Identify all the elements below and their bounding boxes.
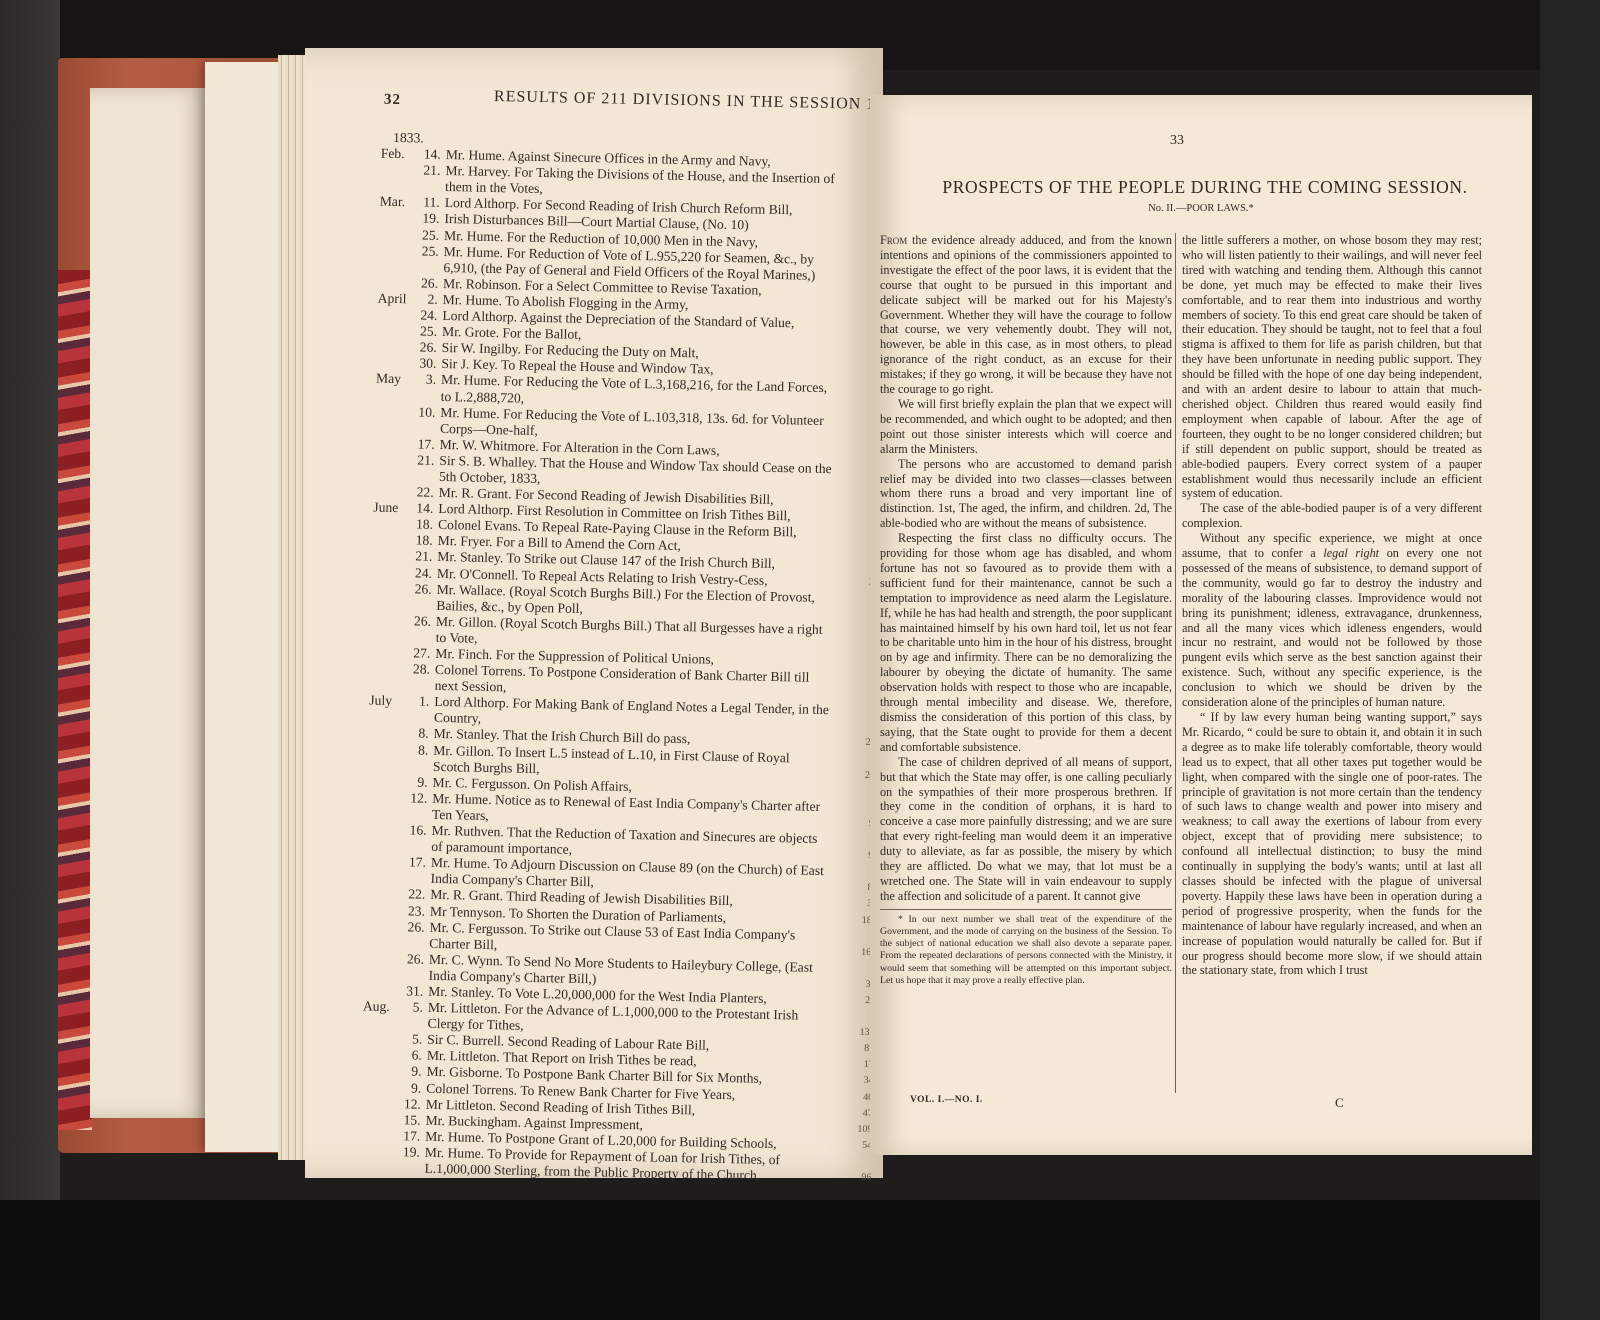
- entry-day: 26.: [402, 919, 430, 952]
- text-column-right: the little sufferers a mother, on whose …: [1182, 233, 1482, 978]
- entry-mover: Mr. Harvey.: [445, 163, 510, 179]
- paragraph: We will first briefly explain the plan t…: [880, 397, 1172, 457]
- entry-mover: Mr. Littleton.: [427, 1048, 500, 1065]
- entry-day: 9.: [405, 774, 432, 791]
- paragraph: Without any specific experience, we migh…: [1182, 531, 1482, 710]
- entry-month: [372, 564, 410, 581]
- entry-day: 19.: [417, 211, 444, 228]
- entry-month: [363, 950, 402, 983]
- entry-day: 17.: [403, 854, 431, 887]
- entry-mover: Mr. Stanley.: [437, 549, 503, 565]
- entry-month: [370, 645, 408, 662]
- entry-day: 18.: [411, 533, 438, 550]
- entry-month: [366, 821, 405, 854]
- entry-day: 26.: [409, 613, 437, 646]
- left-page: 32 RESULTS OF 211 DIVISIONS IN THE SESSI…: [305, 48, 883, 1178]
- entry-mover: Mr. Grote.: [442, 324, 499, 340]
- entry-month: [374, 484, 412, 501]
- entry-day: 12.: [405, 790, 433, 823]
- entry-mover: Mr. Hume.: [431, 855, 491, 871]
- entry-month: [360, 1127, 398, 1144]
- entry-mover: Mr. Hume.: [446, 147, 506, 163]
- entry-day: 10.: [413, 404, 441, 437]
- endpaper: [90, 88, 210, 1118]
- entry-day: 12.: [399, 1096, 426, 1113]
- entry-day: 18.: [411, 517, 438, 534]
- entry-mover: Mr. Hume.: [432, 791, 492, 807]
- entry-month: [363, 982, 401, 999]
- entry-day: 26.: [401, 951, 429, 984]
- entry-day: 6.: [400, 1048, 427, 1065]
- entry-mover: Mr. Hume.: [444, 244, 504, 260]
- entry-mover: Mr. C. Fergusson.: [429, 919, 527, 936]
- footnote-rule: [880, 909, 1172, 910]
- entry-mover: Colonel Torrens.: [426, 1080, 517, 1097]
- paragraph: The case of children deprived of all mea…: [880, 755, 1172, 904]
- entry-month: [371, 612, 410, 645]
- footnote: * In our next number we shall treat of t…: [880, 914, 1172, 987]
- drop-word: From: [880, 233, 907, 247]
- flyleaf: [205, 62, 285, 1152]
- background-surface-left: [0, 0, 60, 1320]
- emphasis: legal right: [1323, 546, 1379, 560]
- entry-day: 2.: [416, 291, 443, 308]
- paragraph: The case of the able-bodied pauper is of…: [1182, 501, 1482, 531]
- entry-mover: Mr. Hume.: [443, 292, 503, 308]
- entry-mover: Mr. Gillon.: [433, 742, 494, 758]
- entry-month: [373, 532, 411, 549]
- entry-month: [361, 1063, 399, 1080]
- entry-month: [362, 1031, 400, 1048]
- entry-mover: Mr. C. Wynn.: [429, 952, 503, 969]
- entry-votes: 54: [846, 1137, 872, 1154]
- entry-day: 17.: [398, 1128, 425, 1145]
- entry-day: 26.: [415, 340, 442, 357]
- text-column-left: From the evidence already adduced, and f…: [880, 233, 1172, 987]
- paragraph: From the evidence already adduced, and f…: [880, 233, 1172, 397]
- entry-month: [379, 210, 417, 227]
- entry-day: 3.: [414, 372, 442, 405]
- entry-month: [365, 854, 404, 887]
- entry-mover: Sir C. Burrell.: [427, 1032, 504, 1049]
- entry-mover: Lord Althorp.: [438, 501, 513, 518]
- entry-month: [367, 789, 406, 822]
- entry-day: 22.: [403, 887, 430, 904]
- entry-mover: Lord Althorp.: [445, 195, 520, 212]
- entry-day: 28.: [408, 661, 436, 694]
- entry-day: 14.: [411, 500, 438, 517]
- entry-day: 25.: [416, 243, 444, 276]
- entry-motion: Against Impressment,: [524, 1115, 644, 1132]
- entry-mover: Mr. C. Fergusson.: [432, 775, 530, 792]
- entry-text: Mr. Hume. To Provide for Repayment of Lo…: [424, 1145, 820, 1185]
- entry-month: July: [369, 693, 408, 726]
- running-head: 32 RESULTS OF 211 DIVISIONS IN THE SESSI…: [384, 86, 884, 96]
- entry-month: June: [373, 500, 411, 517]
- entry-mover: Colonel Evans.: [438, 517, 521, 534]
- entry-day: 23.: [403, 903, 430, 920]
- entry-month: [378, 274, 416, 291]
- signature-line: VOL. I.—NO. I.: [910, 1095, 983, 1105]
- entry-day: 22.: [412, 484, 439, 501]
- entry-month: [359, 1143, 398, 1176]
- entry-mover: Mr. Stanley.: [434, 726, 500, 742]
- entry-month: [360, 1111, 398, 1128]
- entry-mover: Mr. Robinson.: [443, 276, 521, 293]
- entry-day: 26.: [416, 275, 443, 292]
- entry-mover: Mr. O'Connell.: [437, 565, 519, 582]
- entry-mover: Mr. W. Whitmore.: [440, 437, 539, 454]
- right-page: 33 PROSPECTS OF THE PEOPLE DURING THE CO…: [870, 95, 1532, 1155]
- entry-month: [376, 355, 414, 372]
- entry-mover: Mr. Hume.: [440, 405, 500, 421]
- entry-month: [364, 918, 403, 951]
- entry-month: [368, 725, 406, 742]
- entry-mover: Sir S. B. Whalley.: [439, 453, 537, 470]
- entry-mover: Mr. Hume.: [444, 228, 504, 244]
- entry-votes: 96: [845, 1170, 871, 1187]
- entry-day: 9.: [399, 1080, 426, 1097]
- entry-day: 24.: [415, 307, 442, 324]
- entry-day: 31.: [401, 983, 428, 1000]
- entry-month: [372, 548, 410, 565]
- entry-day: 21.: [412, 452, 440, 485]
- entry-month: [374, 451, 413, 484]
- marbled-board: [58, 270, 92, 1130]
- entry-mover: Mr. Gisborne.: [426, 1064, 502, 1081]
- entry-mover: Mr. Hume.: [425, 1145, 485, 1161]
- entry-mover: Mr. Hume.: [425, 1129, 485, 1145]
- entry-day: 24.: [410, 565, 437, 582]
- entry-mover: Mr. Littleton.: [428, 1000, 501, 1017]
- paragraph: “ If by law every human being wanting su…: [1182, 710, 1482, 978]
- entry-mover: Lord Althorp.: [442, 308, 517, 325]
- entry-day: 8.: [406, 726, 433, 743]
- entry-day: 19.: [397, 1144, 425, 1177]
- entry-day: 21.: [418, 163, 446, 196]
- entry-day: 25.: [415, 323, 442, 340]
- paragraph: the little sufferers a mother, on whose …: [1182, 233, 1482, 501]
- entry-day: 27.: [408, 645, 435, 662]
- background-surface-right: [1540, 0, 1600, 1320]
- entry-mover: Mr. Ruthven.: [431, 823, 503, 840]
- entry-month: [379, 226, 417, 243]
- entry-month: [375, 435, 413, 452]
- entry-month: [365, 886, 403, 903]
- entry-month: [367, 773, 405, 790]
- entry-day: 9.: [399, 1064, 426, 1081]
- entry-month: Aug.: [362, 998, 401, 1031]
- entry-month: [377, 339, 415, 356]
- entry-month: [373, 516, 411, 533]
- entry-month: Feb.: [381, 146, 419, 163]
- background-surface-bottom: [0, 1200, 1600, 1320]
- page-number: 32: [384, 92, 401, 109]
- divisions-list: 1833. Feb.14.Mr. Hume. Against Sinecure …: [359, 130, 841, 1185]
- entry-month: [375, 403, 414, 436]
- entry-mover: Sir J. Key.: [441, 356, 498, 372]
- entry-mover: Mr. R. Grant.: [430, 887, 503, 904]
- entry-mover: Mr. Hume.: [441, 372, 501, 388]
- entry-motion: To Adjourn Discussion on Clause 89 (on t…: [430, 856, 824, 889]
- entry-day: 5.: [400, 1031, 427, 1048]
- entry-mover: Sir W. Ingilby.: [442, 340, 521, 357]
- entry-mover: Mr. Buckingham.: [425, 1112, 521, 1129]
- entry-day: 11.: [418, 195, 445, 212]
- paragraph: The persons who are accustomed to demand…: [880, 457, 1172, 532]
- entry-day: 1.: [407, 694, 435, 727]
- entry-mover: Mr. Finch.: [435, 646, 492, 662]
- entry-mover: Mr Littleton.: [426, 1096, 497, 1112]
- entry-mover: Mr. Fryer.: [438, 533, 493, 549]
- entry-month: [365, 902, 403, 919]
- entry-month: [377, 323, 415, 340]
- entry-month: [370, 661, 409, 694]
- entry-month: May: [376, 371, 415, 404]
- entry-month: [368, 741, 407, 774]
- running-head-title: RESULTS OF 211 DIVISIONS IN THE SESSION …: [494, 88, 908, 115]
- entry-day: 16.: [404, 822, 432, 855]
- paragraph: Respecting the first class no difficulty…: [880, 531, 1172, 755]
- entry-month: Mar.: [380, 194, 418, 211]
- entry-day: 5.: [400, 999, 428, 1032]
- entry-day: 15.: [398, 1112, 425, 1129]
- entry-month: [362, 1047, 400, 1064]
- entry-day: 21.: [410, 549, 437, 566]
- column-divider: [1175, 233, 1176, 1093]
- entry-day: 8.: [406, 742, 434, 775]
- entry-day: 30.: [414, 356, 441, 373]
- entry-month: [361, 1095, 399, 1112]
- entry-day: 14.: [419, 147, 446, 164]
- entry-motion: For the Ballot,: [502, 325, 581, 342]
- article-title: PROSPECTS OF THE PEOPLE DURING THE COMIN…: [900, 177, 1510, 198]
- entry-day: 25.: [417, 227, 444, 244]
- entry-mover: Mr. Gillon.: [436, 614, 497, 630]
- entry-day: 26.: [409, 581, 437, 614]
- entry-month: [380, 162, 419, 195]
- entry-month: [377, 307, 415, 324]
- entry-mover: Mr. Stanley.: [428, 984, 494, 1000]
- sheet-mark: C: [1335, 1095, 1344, 1111]
- entry-mover: Lord Althorp.: [434, 694, 509, 711]
- entry-motion: On Polish Affairs,: [533, 777, 632, 794]
- entry-month: [361, 1079, 399, 1096]
- entry-month: [371, 580, 410, 613]
- entry-month: April: [378, 291, 416, 308]
- entry-votes: 109: [846, 1121, 872, 1138]
- entry-month: [378, 242, 417, 275]
- entry-mover: Mr Tennyson.: [430, 903, 506, 920]
- article-subtitle: No. II.—POOR LAWS.*: [870, 203, 1532, 214]
- page-number: 33: [1170, 133, 1184, 149]
- entry-mover: Mr. Wallace.: [437, 582, 507, 598]
- entry-mover: Colonel Torrens.: [435, 662, 526, 679]
- entry-mover: Mr. R. Grant.: [439, 485, 512, 502]
- entry-day: 17.: [413, 436, 440, 453]
